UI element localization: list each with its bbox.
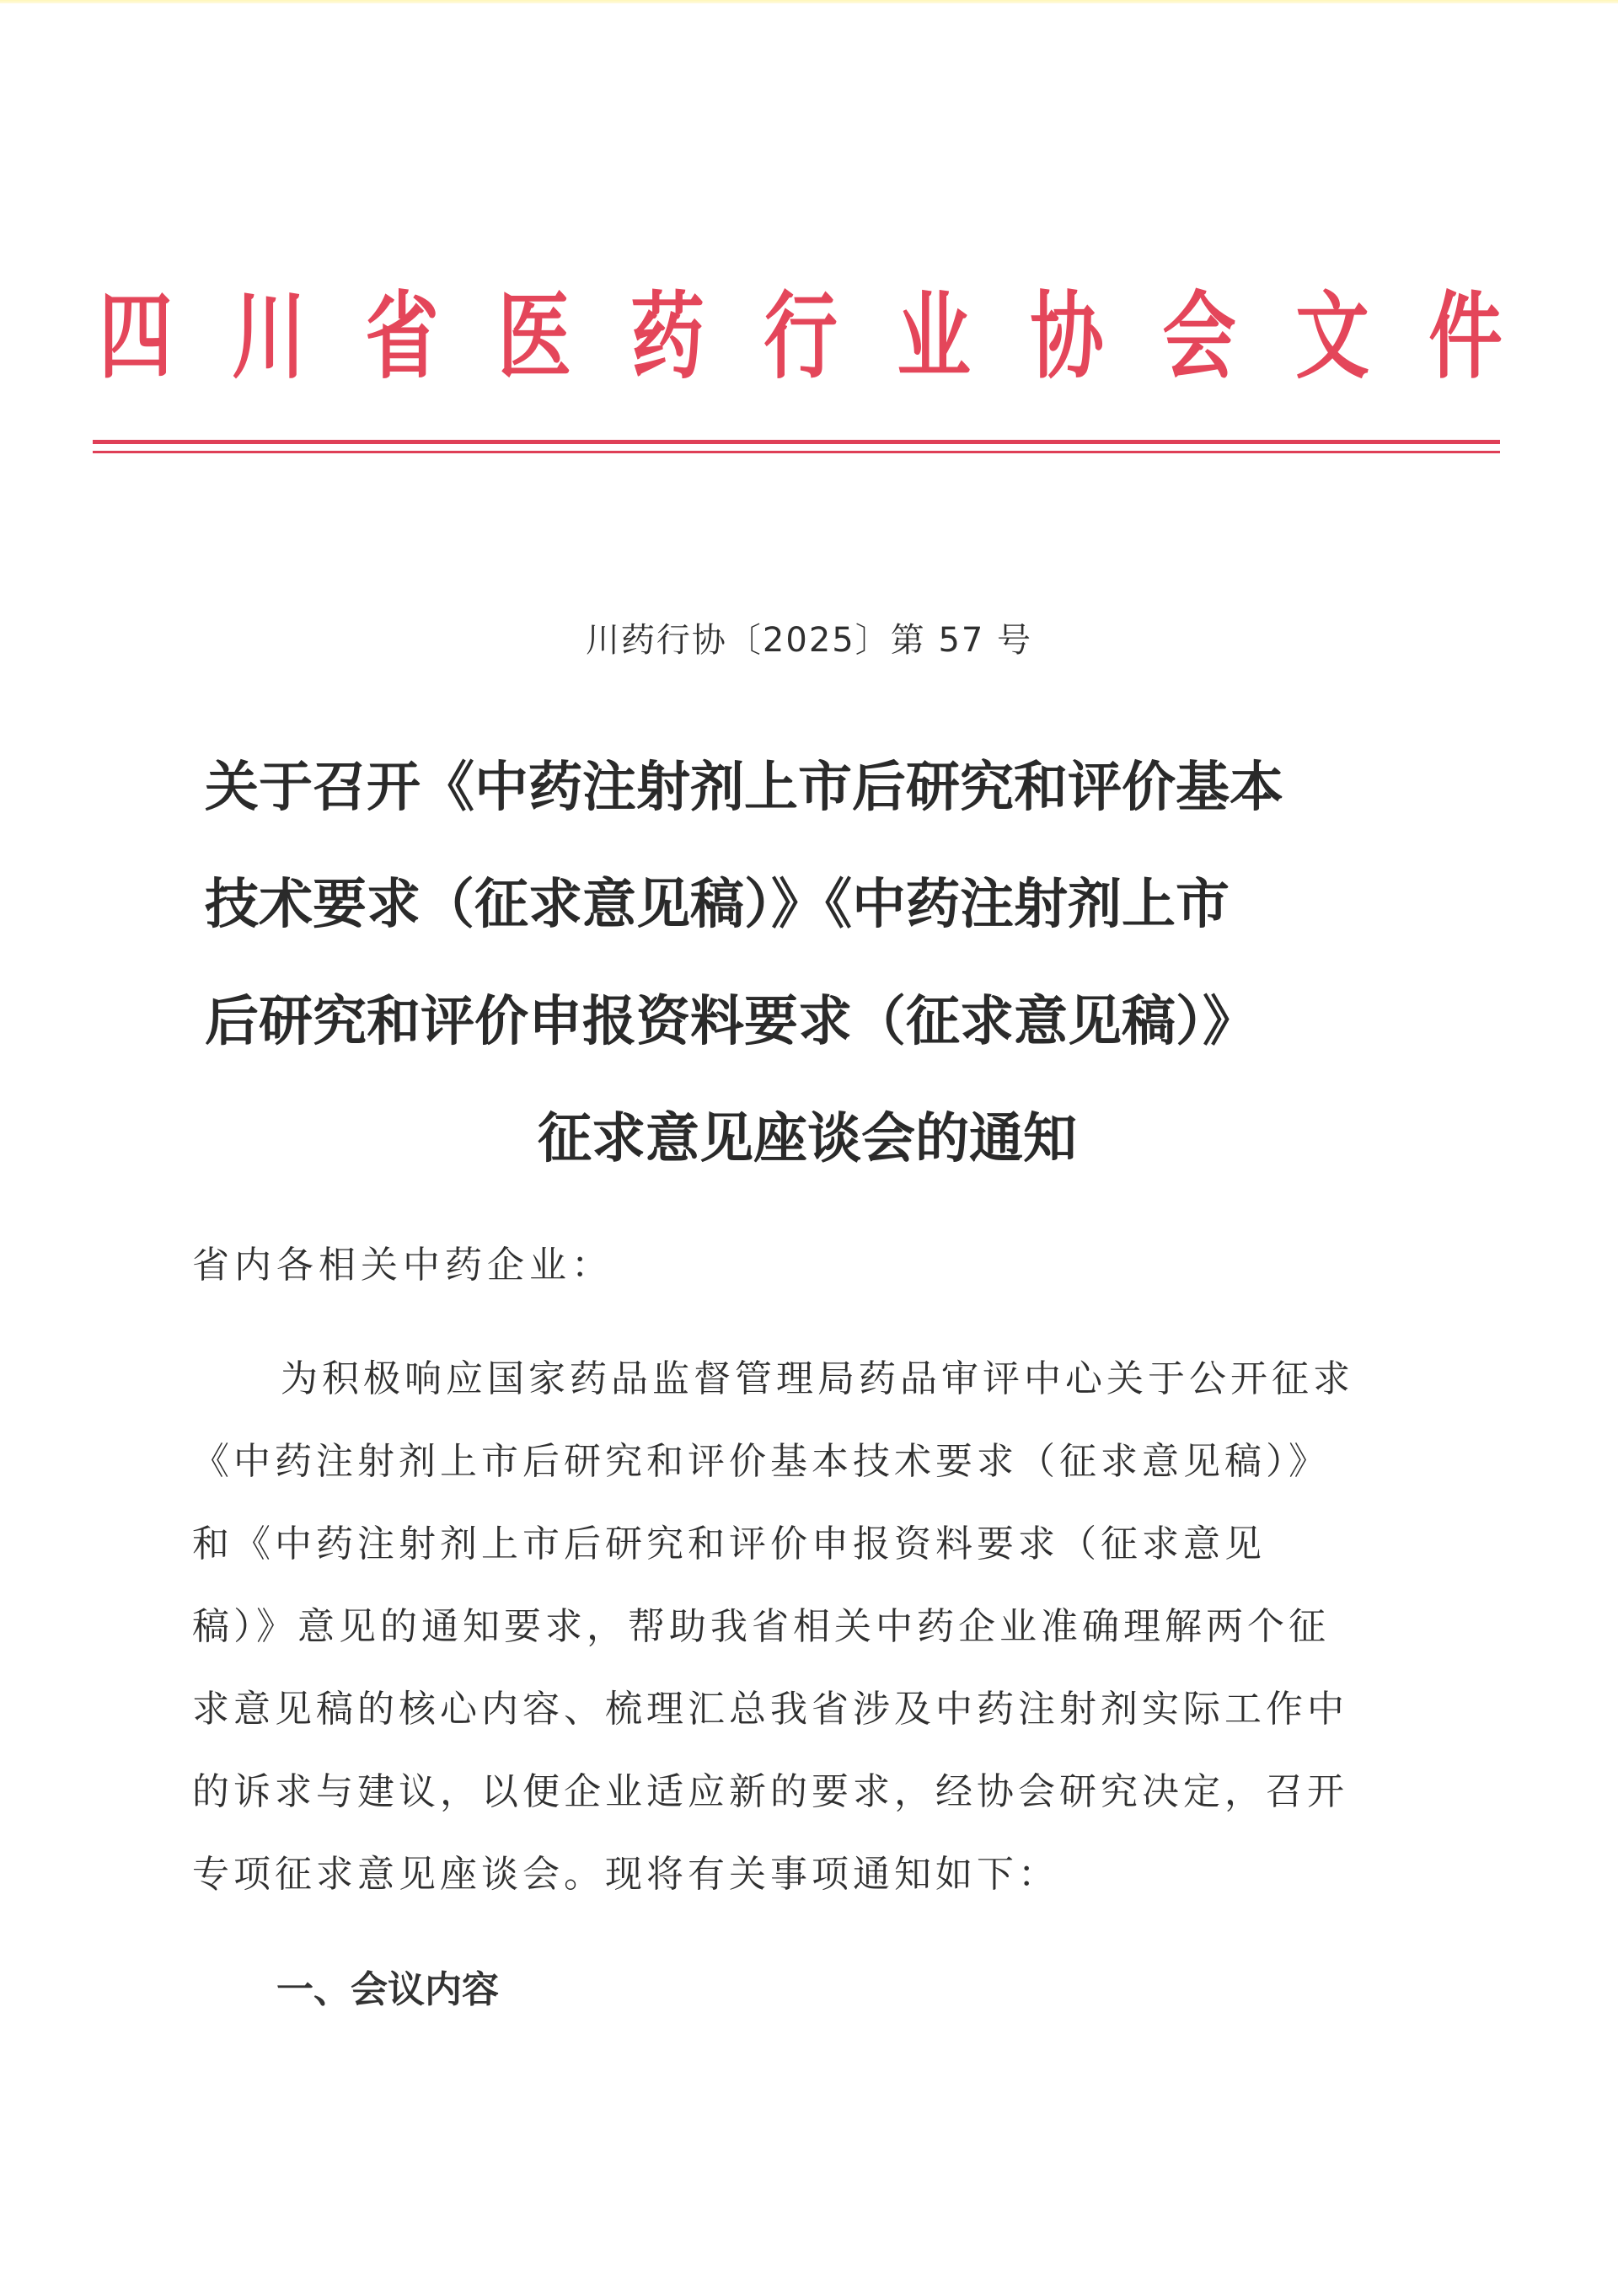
section-heading: 一、会议内容 — [276, 1965, 499, 2015]
masthead-char: 协 — [1030, 278, 1103, 396]
body-line: 求意见稿的核心内容、梳理汇总我省涉及中药注射剂实际工作中 — [192, 1668, 1414, 1751]
masthead-divider-thin — [93, 451, 1500, 453]
masthead-title: 四 川 省 医 药 行 业 协 会 文 件 — [88, 278, 1513, 396]
masthead-char: 省 — [365, 278, 438, 396]
body-line: 为积极响应国家药品监督管理局药品审评中心关于公开征求 — [192, 1338, 1414, 1421]
document-page: 四 川 省 医 药 行 业 协 会 文 件 川药行协〔2025〕第 57 号 关… — [0, 0, 1618, 2296]
body-line: 专项征求意见座谈会。现将有关事项通知如下： — [192, 1833, 1414, 1916]
masthead-char: 四 — [99, 278, 172, 396]
title-line: 征求意见座谈会的通知 — [205, 1097, 1418, 1214]
masthead-divider-thick — [93, 440, 1500, 444]
masthead-char: 行 — [763, 278, 837, 396]
body-paragraph: 为积极响应国家药品监督管理局药品审评中心关于公开征求 《中药注射剂上市后研究和评… — [192, 1338, 1414, 1916]
title-line: 技术要求（征求意见稿）》《中药注射剂上市 — [205, 863, 1418, 980]
body-line: 稿）》意见的通知要求，帮助我省相关中药企业准确理解两个征 — [192, 1586, 1414, 1668]
masthead-char: 件 — [1428, 278, 1502, 396]
document-number: 川药行协〔2025〕第 57 号 — [0, 615, 1618, 666]
masthead-char: 川 — [232, 278, 305, 396]
body-line: 的诉求与建议，以便企业适应新的要求，经协会研究决定，召开 — [192, 1751, 1414, 1833]
salutation: 省内各相关中药企业： — [192, 1240, 613, 1291]
masthead-char: 会 — [1163, 278, 1236, 396]
body-line: 《中药注射剂上市后研究和评价基本技术要求（征求意见稿）》 — [192, 1421, 1414, 1503]
masthead-char: 文 — [1295, 278, 1369, 396]
title-line: 后研究和评价申报资料要求（征求意见稿）》 — [205, 980, 1418, 1097]
masthead-char: 业 — [897, 278, 970, 396]
body-line: 和《中药注射剂上市后研究和评价申报资料要求（征求意见 — [192, 1503, 1414, 1586]
title-line: 关于召开《中药注射剂上市后研究和评价基本 — [205, 746, 1418, 863]
notice-title: 关于召开《中药注射剂上市后研究和评价基本 技术要求（征求意见稿）》《中药注射剂上… — [205, 746, 1418, 1214]
masthead-char: 药 — [631, 278, 705, 396]
masthead-char: 医 — [498, 278, 571, 396]
